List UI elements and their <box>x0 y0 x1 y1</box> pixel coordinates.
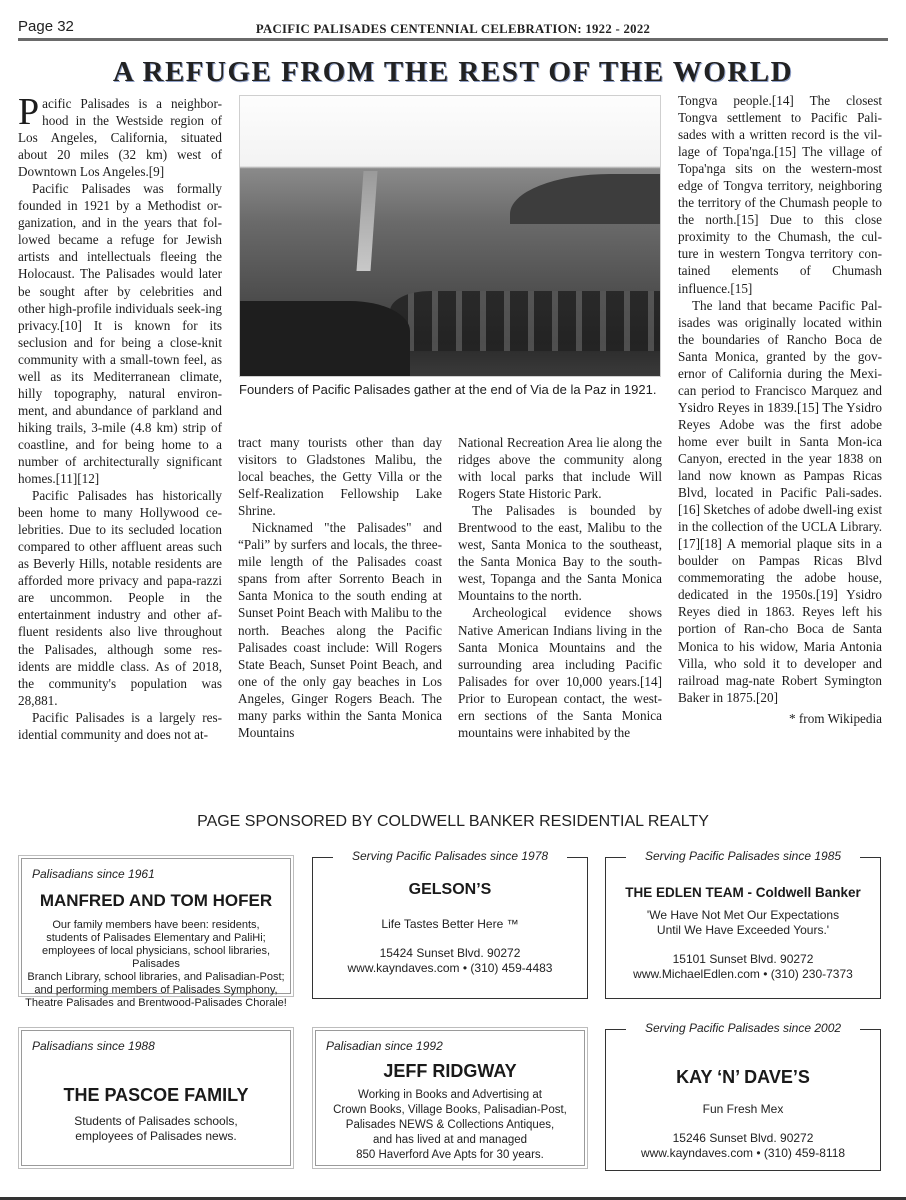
paragraph: National Recreation Area lie along the r… <box>458 434 662 502</box>
ad-line: students of Palisades Elementary and Pal… <box>22 932 290 945</box>
drop-cap: P <box>18 97 39 127</box>
ad-name: JEFF RIDGWAY <box>316 1061 584 1082</box>
source-credit: * from Wikipedia <box>678 710 882 727</box>
ad-slogan: Life Tastes Better Here ™ <box>313 917 587 932</box>
ad-line: Working in Books and Advertising at <box>316 1088 584 1103</box>
paragraph: tract many tourists other than day visit… <box>238 434 442 519</box>
ad-line: Palisades NEWS & Collections Antiques, <box>316 1118 584 1133</box>
ad-contact[interactable]: www.MichaelEdlen.com • (310) 230-7373 <box>606 967 880 982</box>
ad-address: 15424 Sunset Blvd. 90272 <box>313 946 587 961</box>
page-sponsor-line: PAGE SPONSORED BY COLDWELL BANKER RESIDE… <box>0 813 906 831</box>
ad-name: THE PASCOE FAMILY <box>22 1085 290 1106</box>
paragraph: Pacific Palisades is a neighbor-hood in … <box>18 95 222 180</box>
paragraph-text: acific Palisades is a neighbor-hood in t… <box>18 96 222 179</box>
ad-tagline: Palisadians since 1961 <box>32 867 155 881</box>
ad-slogan-line: 'We Have Not Met Our Expectations <box>606 908 880 923</box>
ad-line: employees of local physicians, school li… <box>22 945 290 971</box>
ad-address: 15101 Sunset Blvd. 90272 <box>606 952 880 967</box>
ad-tagline: Serving Pacific Palisades since 1978 <box>313 849 587 863</box>
ad-line: Branch Library, school libraries, and Pa… <box>22 971 290 984</box>
photo-crowd <box>240 301 410 376</box>
ad-line: and has lived at and managed <box>316 1133 584 1148</box>
paragraph: The Palisades is bounded by Brentwood to… <box>458 502 662 604</box>
ad-contact[interactable]: www.kayndaves.com • (310) 459-8118 <box>606 1146 880 1161</box>
ad-slogan: Fun Fresh Mex <box>606 1102 880 1117</box>
paragraph: Pacific Palisades is a largely res-ident… <box>18 709 222 743</box>
ad-name: GELSON’S <box>313 881 587 899</box>
paragraph: Pacific Palisades has historically been … <box>18 487 222 709</box>
photo-parked-cars <box>390 291 660 351</box>
article-column-2: tract many tourists other than day visit… <box>238 434 442 741</box>
article-column-1: Pacific Palisades is a neighbor-hood in … <box>18 95 222 743</box>
ad-name: KAY ‘N’ DAVE’S <box>606 1067 880 1088</box>
ad-line: employees of Palisades news. <box>22 1129 290 1144</box>
photo-caption: Founders of Pacific Palisades gather at … <box>239 381 659 398</box>
ad-tagline: Palisadian since 1992 <box>326 1039 443 1053</box>
ad-tagline: Serving Pacific Palisades since 1985 <box>606 849 880 863</box>
paragraph: Tongva people.[14] The closest Tongva se… <box>678 92 882 297</box>
article-headline: A REFUGE FROM THE REST OF THE WORLD <box>0 56 906 89</box>
photo-road <box>357 171 378 271</box>
ad-name: MANFRED AND TOM HOFER <box>22 891 290 911</box>
paragraph: Archeological evidence shows Native Amer… <box>458 604 662 740</box>
header-rule <box>18 38 888 41</box>
ad-address: 15246 Sunset Blvd. 90272 <box>606 1131 880 1146</box>
ad-name: THE EDLEN TEAM - Coldwell Banker <box>606 885 880 900</box>
photo-hillside <box>510 174 660 224</box>
ad-gelsons: Serving Pacific Palisades since 1978 GEL… <box>312 857 588 999</box>
publication-title: PACIFIC PALISADES CENTENNIAL CELEBRATION… <box>9 21 897 37</box>
ad-line: Crown Books, Village Books, Palisadian-P… <box>316 1103 584 1118</box>
ad-jeff-ridgway: Palisadian since 1992 JEFF RIDGWAY Worki… <box>312 1027 588 1169</box>
ad-pascoe-family: Palisadians since 1988 THE PASCOE FAMILY… <box>18 1027 294 1169</box>
ad-slogan-line: Until We Have Exceeded Yours.' <box>606 923 880 938</box>
paragraph: Pacific Palisades was formally founded i… <box>18 180 222 487</box>
paragraph: Nicknamed "the Palisades" and “Pali” by … <box>238 519 442 741</box>
ad-line: Theatre Palisades and Brentwood-Palisade… <box>22 997 290 1010</box>
ad-line: Students of Palisades schools, <box>22 1114 290 1129</box>
ad-contact[interactable]: www.kayndaves.com • (310) 459-4483 <box>313 961 587 976</box>
ad-kay-n-daves: Serving Pacific Palisades since 2002 KAY… <box>605 1029 881 1171</box>
ad-tagline: Serving Pacific Palisades since 2002 <box>606 1021 880 1035</box>
ad-line: 850 Haverford Ave Apts for 30 years. <box>316 1148 584 1163</box>
ad-edlen-team: Serving Pacific Palisades since 1985 THE… <box>605 857 881 999</box>
ad-tagline: Palisadians since 1988 <box>32 1039 155 1053</box>
article-column-3: National Recreation Area lie along the r… <box>458 434 662 741</box>
article-column-4: Tongva people.[14] The closest Tongva se… <box>678 92 882 727</box>
historic-photo-founders-gathering <box>239 95 661 377</box>
ad-line: and performing members of Palisades Symp… <box>22 984 290 997</box>
paragraph: The land that became Pacific Pal-isades … <box>678 297 882 706</box>
ad-line: Our family members have been: residents, <box>22 919 290 932</box>
ad-hofer: Palisadians since 1961 MANFRED AND TOM H… <box>18 855 294 997</box>
